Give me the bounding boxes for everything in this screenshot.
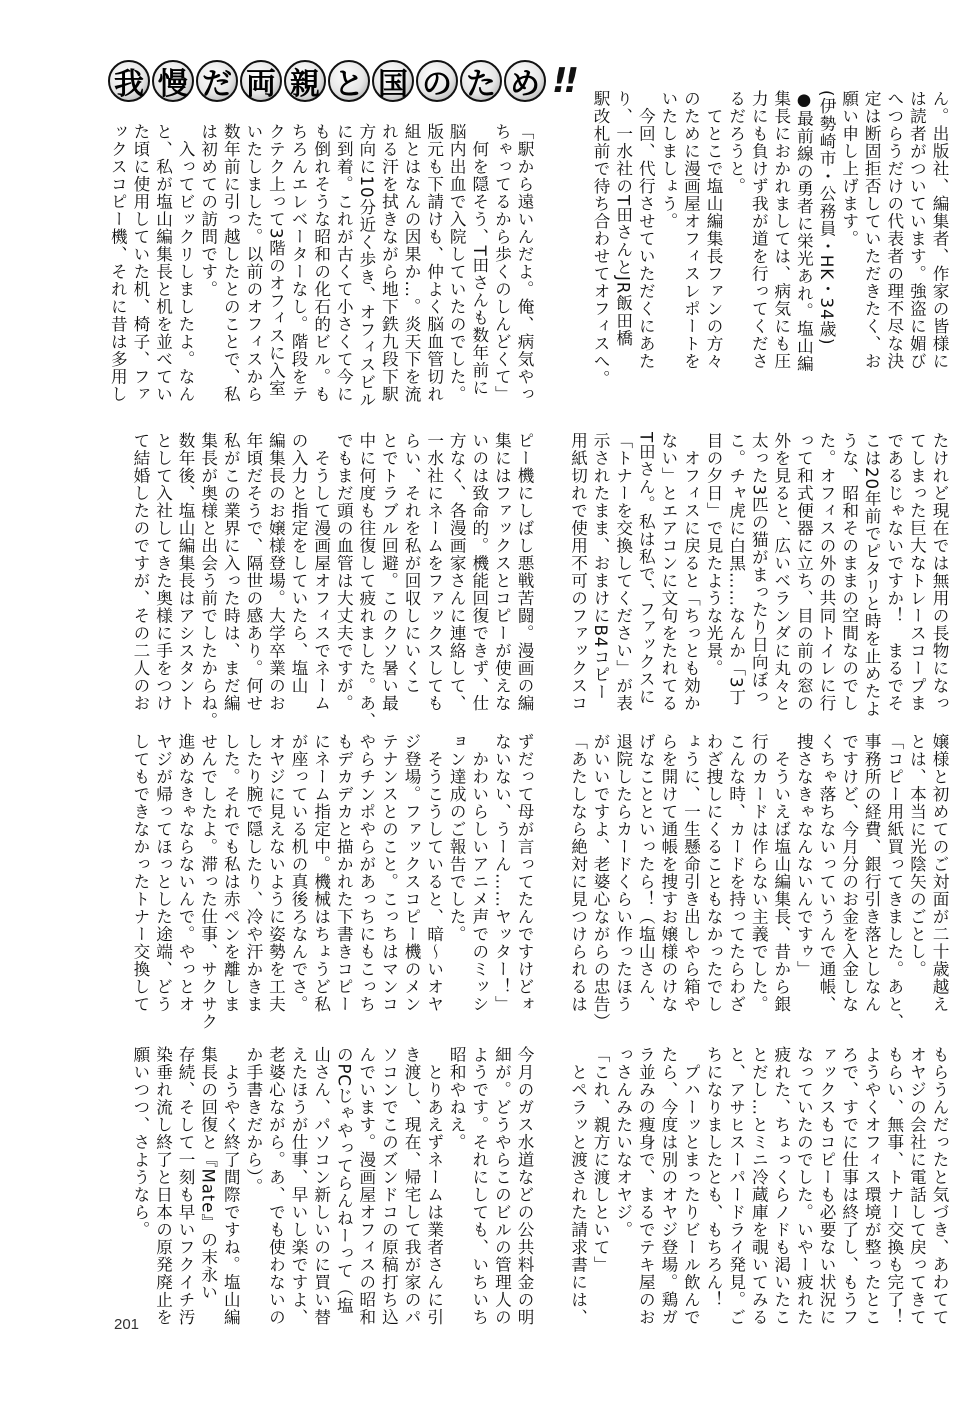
text-column: ァックスもコピーも必要ない状況に	[814, 1046, 837, 1311]
text-column: T田さん。私は私で、ファックスに	[634, 432, 657, 697]
text-column: へつらうだけの代表者の理不尽な決	[882, 90, 905, 355]
text-column: クテク上って3階のオフィスに入室	[264, 123, 287, 388]
text-column: そうこうしていると、暗〜いオヤ	[422, 733, 445, 998]
text-column: したり腕で隠したり、冷や汗かきま	[241, 733, 264, 998]
text-column: とペラッと渡された請求書には、	[566, 1046, 589, 1311]
text-column: 「これ、親方に渡しといて」	[589, 1046, 612, 1311]
text-column: 何を隠そう、T田さんも数年前に	[467, 123, 490, 388]
text-column: ●最前線の勇者に栄光あれ。塩山編	[792, 90, 815, 355]
text-column: うな、昭和そのままの空間なのでし	[837, 432, 860, 697]
text-column: 染垂れ流し終了と日本の原発廃止を	[151, 1046, 174, 1311]
text-column: 願いつつ、さようなら。	[128, 1046, 151, 1311]
text-column: たら、今度は別のオヤジ登場。鶏ガ	[656, 1046, 679, 1311]
text-column: た。オフィスの外の共同トイレに行	[814, 432, 837, 697]
text-column: 入ってビックリしましたよ。なん	[174, 123, 197, 388]
text-column: 「トナーを交換してください」が表	[611, 432, 634, 697]
article-title: 我 慢 だ 両 親 と 国 の た め !!	[108, 58, 575, 104]
text-column: 方向に10分近く歩き、オフィスビル	[354, 123, 377, 388]
text-column: げなことといったら！（塩山さん、	[634, 733, 657, 998]
text-column: いたしました。以前のオフィスから	[241, 123, 264, 388]
text-column: こんな時、カードを持ってたらわざ	[724, 733, 747, 998]
text-block-tier3-left: ずだって母が言ってたんですけどォないない、うーん……ヤッター！」 かわいらしいア…	[128, 733, 535, 998]
text-column: んでいます。漫画屋オフィスの昭和	[354, 1046, 377, 1311]
text-column: 中に何度も往復して疲れました。あ、	[354, 432, 377, 697]
text-column: 嬢様と初めてのご対面が二十歳越え	[927, 733, 950, 998]
text-column: なっていたのでした。いやー疲れた	[792, 1046, 815, 1311]
text-column: ちになりましたとも、もちろん！	[701, 1046, 724, 1311]
text-column: に到着。これが古くて小さくて今に	[332, 123, 355, 388]
text-column: ソコンでこのズンドコの原稿打ち込	[377, 1046, 400, 1311]
text-column: ピー機にしばし悪戦苦闘。漫画の編	[512, 432, 535, 697]
text-column: オヤジに見えないように姿勢を工夫	[264, 733, 287, 998]
text-column: 私がこの業界に入った時は、まだ編	[219, 432, 242, 697]
text-column: るだろうと。	[724, 90, 747, 355]
text-block-tier1-left: 「駅から遠いんだよ。俺、病気やっちゃってるから歩くのしんどくて」 何を隠そう、T…	[106, 123, 535, 388]
text-column: してもできなかったトナー交換して	[128, 733, 151, 998]
text-column: ないない、うーん……ヤッター！」	[490, 733, 513, 998]
text-column: ずだって母が言ってたんですけどォ	[512, 733, 535, 998]
title-exclamation: !!	[552, 61, 575, 101]
text-column: 集にはファックスとコピーが使えな	[490, 432, 513, 697]
text-column: そうして漫画屋オフィスでネーム	[309, 432, 332, 697]
text-column: 年頃だそうで、隔世の感あり。何せ	[241, 432, 264, 697]
text-column: 示されたまま、おまけにB4コピー	[589, 432, 612, 697]
text-column: らい、それを私が回収しにいくこ	[399, 432, 422, 697]
text-column: た頃に使用していた机、椅子、ファ	[128, 123, 151, 388]
text-column: て結婚したのですが、その二人のお	[128, 432, 151, 697]
text-column: 昭和やねえ。	[445, 1046, 468, 1311]
text-column: とだし…とミニ冷蔵庫を覗いてみる	[747, 1046, 770, 1311]
text-column: ヤジが帰ってほっとした途端、どう	[151, 733, 174, 998]
text-column: 版元も下請けも、仲よく脳血管切れ	[422, 123, 445, 388]
text-column: ョン達成のご報告でした。	[445, 733, 468, 998]
text-column: そういえば塩山編集長、昔から銀	[769, 733, 792, 998]
text-column: 細が。どうやらこのビルの管理人の	[490, 1046, 513, 1311]
text-column: 数年前に引っ越したとのことで、私	[219, 123, 242, 388]
text-column: とりあえずネームは業者さんに引	[422, 1046, 445, 1311]
text-column: 「駅から遠いんだよ。俺、病気やっ	[512, 123, 535, 388]
text-column: 集長の回復と『Mate』の末永い	[196, 1046, 219, 1311]
text-column: ようやく終了間際ですね。塩山編	[219, 1046, 242, 1311]
text-column: ックスコピー機、それに昔は多用し	[106, 123, 129, 388]
text-column: こは20年前でピタリと時を止めたよ	[860, 432, 883, 697]
text-block-tier1-right: ん。出版社、編集者、作家の皆様には読者がついています。強盗に媚びへつらうだけの代…	[589, 90, 951, 355]
text-column: 「コピー用紙買ってきました。あと、	[882, 733, 905, 998]
text-column: いのは致命的。機能回復できず、仕	[467, 432, 490, 697]
text-column: ろで、すでに仕事は終了し、もうフ	[837, 1046, 860, 1311]
text-column: とでトラブル回避。このクソ暑い最	[377, 432, 400, 697]
text-column: も倒れそうな昭和の化石的ビル。も	[309, 123, 332, 388]
text-column: がいいですよ、老婆心ながらの忠告）	[589, 733, 612, 998]
text-column: か手書きだから）。	[241, 1046, 264, 1311]
text-column: 山さん、パソコン新しいのに買い替	[309, 1046, 332, 1311]
text-column: っさんみたいなオヤジ。	[611, 1046, 634, 1311]
text-column: 進めなきゃならないんで。やっとオ	[174, 733, 197, 998]
title-char: だ	[196, 60, 238, 102]
text-column: 太った3匹の猫がまったり日向ぼっ	[747, 432, 770, 697]
text-column: ん。出版社、編集者、作家の皆様に	[927, 90, 950, 355]
text-column: ちゃってるから歩くのしんどくて」	[490, 123, 513, 388]
text-column: オヤジの会社に電話して戻ってきて	[905, 1046, 928, 1311]
text-column: やらチンポやらがあっちにもこっち	[354, 733, 377, 998]
text-column: のために漫画屋オフィスレポートを	[679, 90, 702, 355]
title-char: と	[328, 60, 370, 102]
text-column: 脳内出血で入院していたのでした。	[445, 123, 468, 388]
text-column: として入社してきた奥様に手をつけ	[151, 432, 174, 697]
text-column: 今回、代行させていただくにあた	[634, 90, 657, 355]
text-column: こ。チャ虎に白黒……なんか「3丁	[724, 432, 747, 697]
text-column: オフィスに戻ると「ちっとも効か	[679, 432, 702, 697]
text-column: 疲れた、ちょっくらノドも渇いたこ	[769, 1046, 792, 1311]
title-char: 国	[372, 60, 414, 102]
title-char: た	[460, 60, 502, 102]
text-column: 用紙切れで使用不可のファックスコ	[566, 432, 589, 697]
text-column: ょうに、一生懸命引き出しやら箱や	[679, 733, 702, 998]
text-column: 集長が奥様と出会う前でしたからね。	[196, 432, 219, 697]
text-column: テナンスとのこと。こっちはマンコ	[377, 733, 400, 998]
text-column: 今月のガス水道などの公共料金の明	[512, 1046, 535, 1311]
text-column: は初めての訪問です。	[196, 123, 219, 388]
text-column: と、私が塩山編集長と机を並べてい	[151, 123, 174, 388]
text-block-tier2-right: たけれど現在では無用の長物になってしまった巨大なトレースコープまであるじゃないで…	[566, 432, 950, 697]
text-column: り、一水社のT田さんとJR飯田橋	[611, 90, 634, 355]
text-column: 目の夕日」で見たような光景。	[701, 432, 724, 697]
text-column: 編集長のお嬢様登場。大学卒業のお	[264, 432, 287, 697]
text-column: れる汗を拭きながら地下鉄九段下駅	[377, 123, 400, 388]
text-column: てしまった巨大なトレースコープま	[905, 432, 928, 697]
text-column: 行のカードは作らない主義でした。	[747, 733, 770, 998]
text-block-tier4-left: 今月のガス水道などの公共料金の明細が。どうやらこのビルの管理人のようです。それに…	[128, 1046, 535, 1311]
text-column: とは、本当に光陰矢のごとし。	[905, 733, 928, 998]
text-column: 力にも負けず我が道を行ってくださ	[747, 90, 770, 355]
text-column: てとこで塩山編集長ファンの方々	[701, 90, 724, 355]
title-char: の	[416, 60, 458, 102]
text-column: 数年後、塩山編集長はアシスタント	[174, 432, 197, 697]
text-column: と、アサヒスーパードライ発見。ご	[724, 1046, 747, 1311]
text-column: 定は断固拒否していただきたく、お	[860, 90, 883, 355]
title-char: 親	[284, 60, 326, 102]
text-column: ジ登場。ファックスコピー機のメン	[399, 733, 422, 998]
text-column: 退院したらカードくらい作ったほう	[611, 733, 634, 998]
text-column: 老婆心ながら。あ、でも使わないの	[264, 1046, 287, 1311]
magazine-page: 我 慢 だ 両 親 と 国 の た め !! ん。出版社、編集者、作家の皆様には…	[0, 0, 972, 1403]
page-number: 201	[114, 1316, 139, 1333]
text-column: 捜さなきゃなんないんですゥ」	[792, 733, 815, 998]
text-column: 外を見ると、広いベランダに丸々と	[769, 432, 792, 697]
text-column: (伊勢崎市・公務員・HK・34歳)	[814, 90, 837, 355]
text-column: 事務所の経費、銀行引き落としなん	[860, 733, 883, 998]
text-column: もらい、無事、トナー交換も完了！	[882, 1046, 905, 1311]
text-column: き渡し、現在、帰宅して我が家のパ	[399, 1046, 422, 1311]
text-column: ですけど、今月分のお金を入金しな	[837, 733, 860, 998]
text-column: たけれど現在では無用の長物になっ	[927, 432, 950, 697]
text-column: 組とはなんの因果か…。炎天下を流	[399, 123, 422, 388]
text-column: かわいらしいアニメ声でのミッシ	[467, 733, 490, 998]
text-column: であるじゃないですか！ まるでそ	[882, 432, 905, 697]
text-column: プハーッとまったりビール飲んで	[679, 1046, 702, 1311]
text-column: わざ捜しにくることもなかったでし	[701, 733, 724, 998]
text-column: のPCじゃやってらんねーって（塩	[332, 1046, 355, 1311]
text-column: らを開けて通帳を捜すお嬢様のけな	[656, 733, 679, 998]
text-column: ない」とエアコンに文句をたれてる	[656, 432, 679, 697]
text-block-tier3-right: 嬢様と初めてのご対面が二十歳越えとは、本当に光陰矢のごとし。「コピー用紙買ってき…	[566, 733, 950, 998]
text-block-tier2-left: ピー機にしばし悪戦苦闘。漫画の編集にはファックスとコピーが使えないのは致命的。機…	[128, 432, 535, 697]
text-column: 「あたしなら絶対に見つけられるは	[566, 733, 589, 998]
text-column: 方なく、各漫画家さんに連絡して、	[445, 432, 468, 697]
text-column: 願い申し上げます。	[837, 90, 860, 355]
text-column: の入力と指定をしていたら、塩山	[286, 432, 309, 697]
text-column: にネーム指定中。機械はちょうど私	[309, 733, 332, 998]
text-column: した。それでも私は赤ペンを離しま	[219, 733, 242, 998]
text-column: って和式便器に立ち、目の前の窓の	[792, 432, 815, 697]
text-column: もデカデカと描かれた下書きコピー	[332, 733, 355, 998]
text-column: ラ並みの痩身で、まるでテキ屋のお	[634, 1046, 657, 1311]
text-column: 存続、そして一刻も早いフクイチ汚	[174, 1046, 197, 1311]
text-column: 駅改札前で待ち合わせてオフィスへ。	[589, 90, 612, 355]
title-char: 両	[240, 60, 282, 102]
text-block-tier4-right: もらうんだったと気づき、あわててオヤジの会社に電話して戻ってきてもらい、無事、ト…	[566, 1046, 950, 1311]
text-column: もらうんだったと気づき、あわてて	[927, 1046, 950, 1311]
text-column: でもまだ頭の血管は大丈夫ですが。	[332, 432, 355, 697]
title-char: 我	[108, 60, 150, 102]
text-column: ようです。それにしても、いちいち	[467, 1046, 490, 1311]
text-column: くちゃ落ちないっていうんで通帳、	[814, 733, 837, 998]
text-column: 集長におかれましては、病気にも圧	[769, 90, 792, 355]
text-column: せんでしたよ。滞った仕事、サクサク	[196, 733, 219, 998]
text-column: いたしましょう。	[656, 90, 679, 355]
text-column: は読者がついています。強盗に媚び	[905, 90, 928, 355]
text-column: ようやくオフィス環境が整ったとこ	[860, 1046, 883, 1311]
text-column: 一水社にネームをファックスしても	[422, 432, 445, 697]
title-char: 慢	[152, 60, 194, 102]
text-column: が座っている机の真後ろなんでさ。	[286, 733, 309, 998]
text-column: えたほうが仕事、早いし楽ですよ、	[286, 1046, 309, 1311]
title-char: め	[504, 60, 546, 102]
text-column: ちろんエレベーターなし。階段をテ	[286, 123, 309, 388]
